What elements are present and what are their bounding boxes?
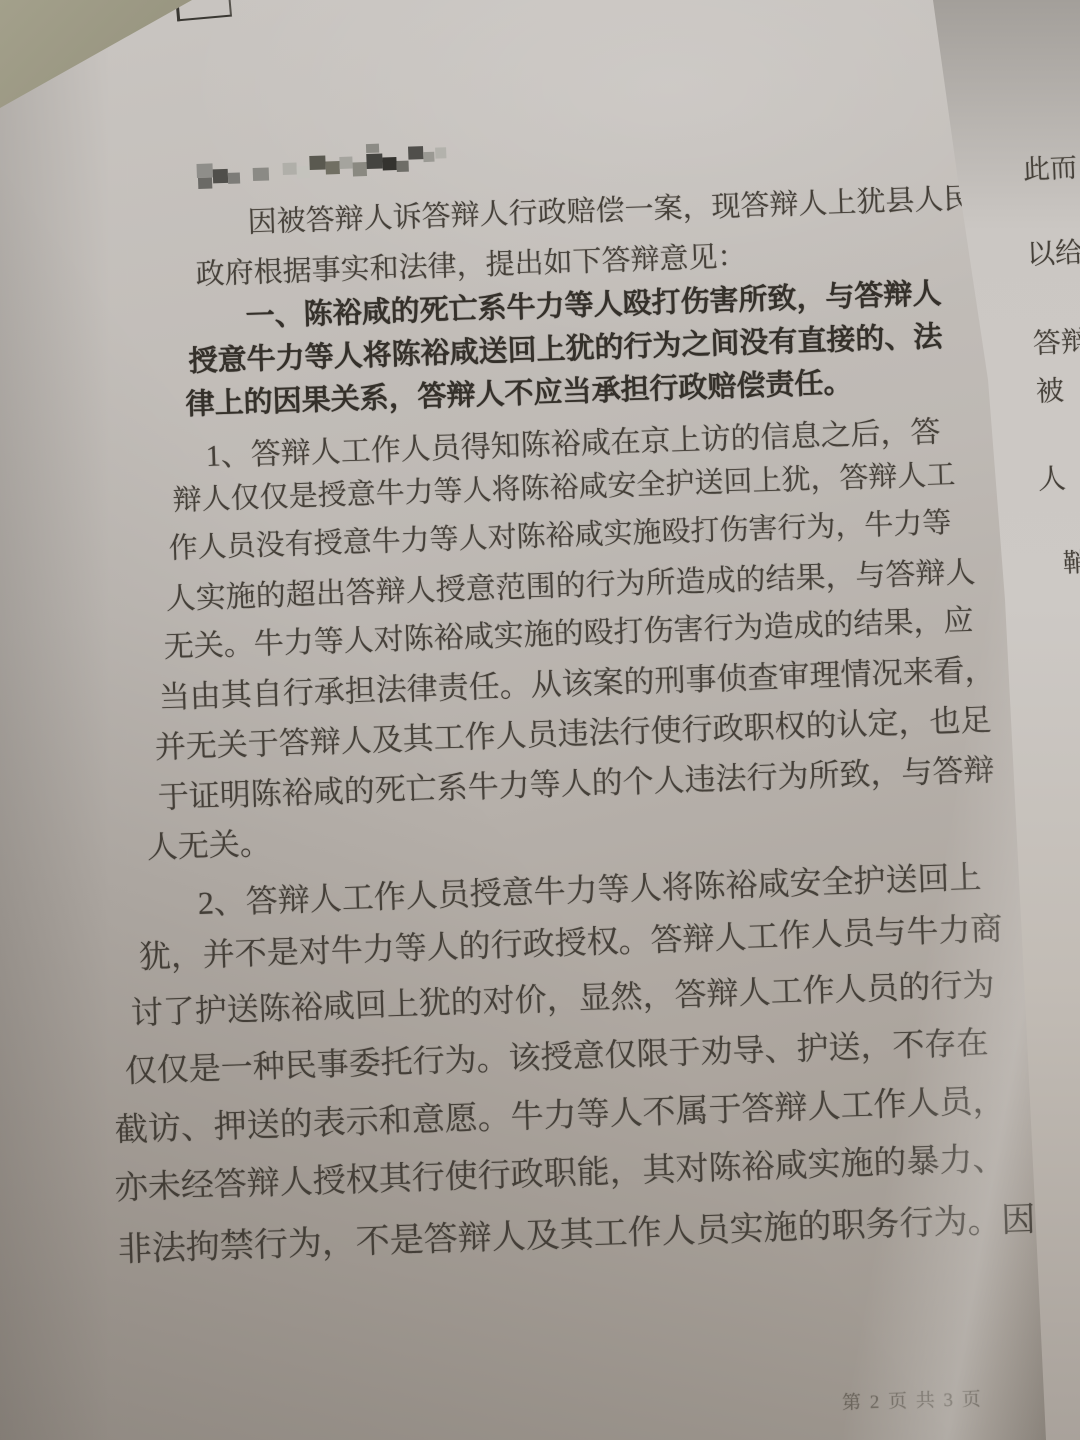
adjacent-page-text-fragment: 此而 (1022, 146, 1078, 187)
text-line: 作人员没有授意牛力等人对陈裕咸实施殴打伤害行为，牛力等 (168, 500, 952, 567)
text-line: 一、陈裕咸的死亡系牛力等人殴打伤害所致，与答辩人 (245, 271, 942, 335)
text-line: 人无关。 (146, 818, 271, 867)
redaction-block (228, 172, 240, 183)
redaction-block (423, 152, 434, 162)
redaction-block (196, 163, 212, 178)
document-page: 因被答辩人诉答辩人行政赔偿一案，现答辩人上犹县人民政府根据事实和法律，提出如下答… (0, 0, 1080, 1440)
adjacent-page-text-fragment: 鞘 (1062, 542, 1080, 580)
text-line: 仅仅是一种民事委托行为。该授意仅限于劝导、护送，不存在 (124, 1017, 989, 1092)
adjacent-page-text-fragment: 人 (1037, 457, 1067, 498)
redaction-block (325, 161, 339, 174)
text-line: 并无关于答辩人及其工作人员违法行使行政职权的认定，也足 (154, 694, 992, 767)
redaction-block (339, 157, 352, 169)
redaction-block (397, 161, 409, 172)
text-line: 于证明陈裕咸的死亡系牛力等人的个人违法行为所致，与答辩 (157, 744, 995, 817)
adjacent-page-text-fragment: 被 (1035, 369, 1065, 410)
redaction-block (366, 144, 379, 153)
redaction-block (283, 163, 297, 175)
text-line: 截访、押送的表示和意愿。牛力等人不属于答辩人工作人员， (114, 1074, 1006, 1151)
redaction-block (435, 147, 446, 158)
text-line: 犹，并不是对牛力等人的行政授权。答辩人工作人员与牛力商 (138, 903, 1003, 978)
document-photo: 此而以给答辩被人鞘 因被答辩人诉答辩人行政赔偿一案，现答辩人上犹县人民政府根据事… (0, 0, 1080, 1440)
text-line: 1、答辩人工作人员得知陈裕咸在京上访的信息之后，答 (205, 407, 941, 475)
redaction-block (353, 162, 367, 176)
text-line: 无关。牛力等人对陈裕咸实施的殴打伤害行为造成的结果，应 (163, 595, 974, 666)
text-line: 政府根据事实和法律，提出如下答辩意见： (195, 234, 747, 293)
redaction-block (213, 169, 228, 184)
redaction-block (382, 157, 396, 170)
text-line: 当由其自行承担法律责任。从该案的刑事侦查审理情况来看， (158, 644, 996, 717)
redaction-block (408, 146, 423, 160)
redaction-block (309, 155, 325, 170)
adjacent-page-text-fragment: 以给 (1026, 231, 1080, 273)
redaction-block (297, 166, 310, 178)
text-line: 律上的因果关系，答辩人不应当承担行政赔偿责任。 (185, 360, 853, 423)
text-line: 2、答辩人工作人员授意牛力等人将陈裕咸安全护送回上 (197, 852, 982, 924)
redaction-block (366, 154, 383, 170)
document-text: 因被答辩人诉答辩人行政赔偿一案，现答辩人上犹县人民政府根据事实和法律，提出如下答… (0, 0, 1080, 1440)
text-line: 亦未经答辩人授权其行使行政职能，其对陈裕咸实施的暴力、 (114, 1132, 1006, 1209)
redaction-block (253, 167, 269, 181)
redaction-block (198, 177, 212, 188)
text-line: 非法拘禁行为，不是答辩人及其工作人员实施的职务行为。因 (117, 1192, 1036, 1271)
text-line: 讨了护送陈裕咸回上犹的对价，显然，答辩人工作人员的行为 (130, 959, 995, 1034)
text-line: 辩人仅仅是授意牛力等人将陈裕咸安全护送回上犹，答辩人工 (172, 452, 956, 519)
text-line: 授意牛力等人将陈裕咸送回上犹的行为之间没有直接的、法 (188, 314, 943, 380)
text-line: 人实施的超出答辩人授意范围的行为所造成的结果，与答辩人 (165, 547, 976, 618)
page-number: 第 2 页 共 3 页 (842, 1384, 983, 1415)
adjacent-page-text-fragment: 答辩 (1032, 320, 1080, 362)
text-line: 因被答辩人诉答辩人行政赔偿一案，现答辩人上犹县人民 (247, 176, 973, 241)
